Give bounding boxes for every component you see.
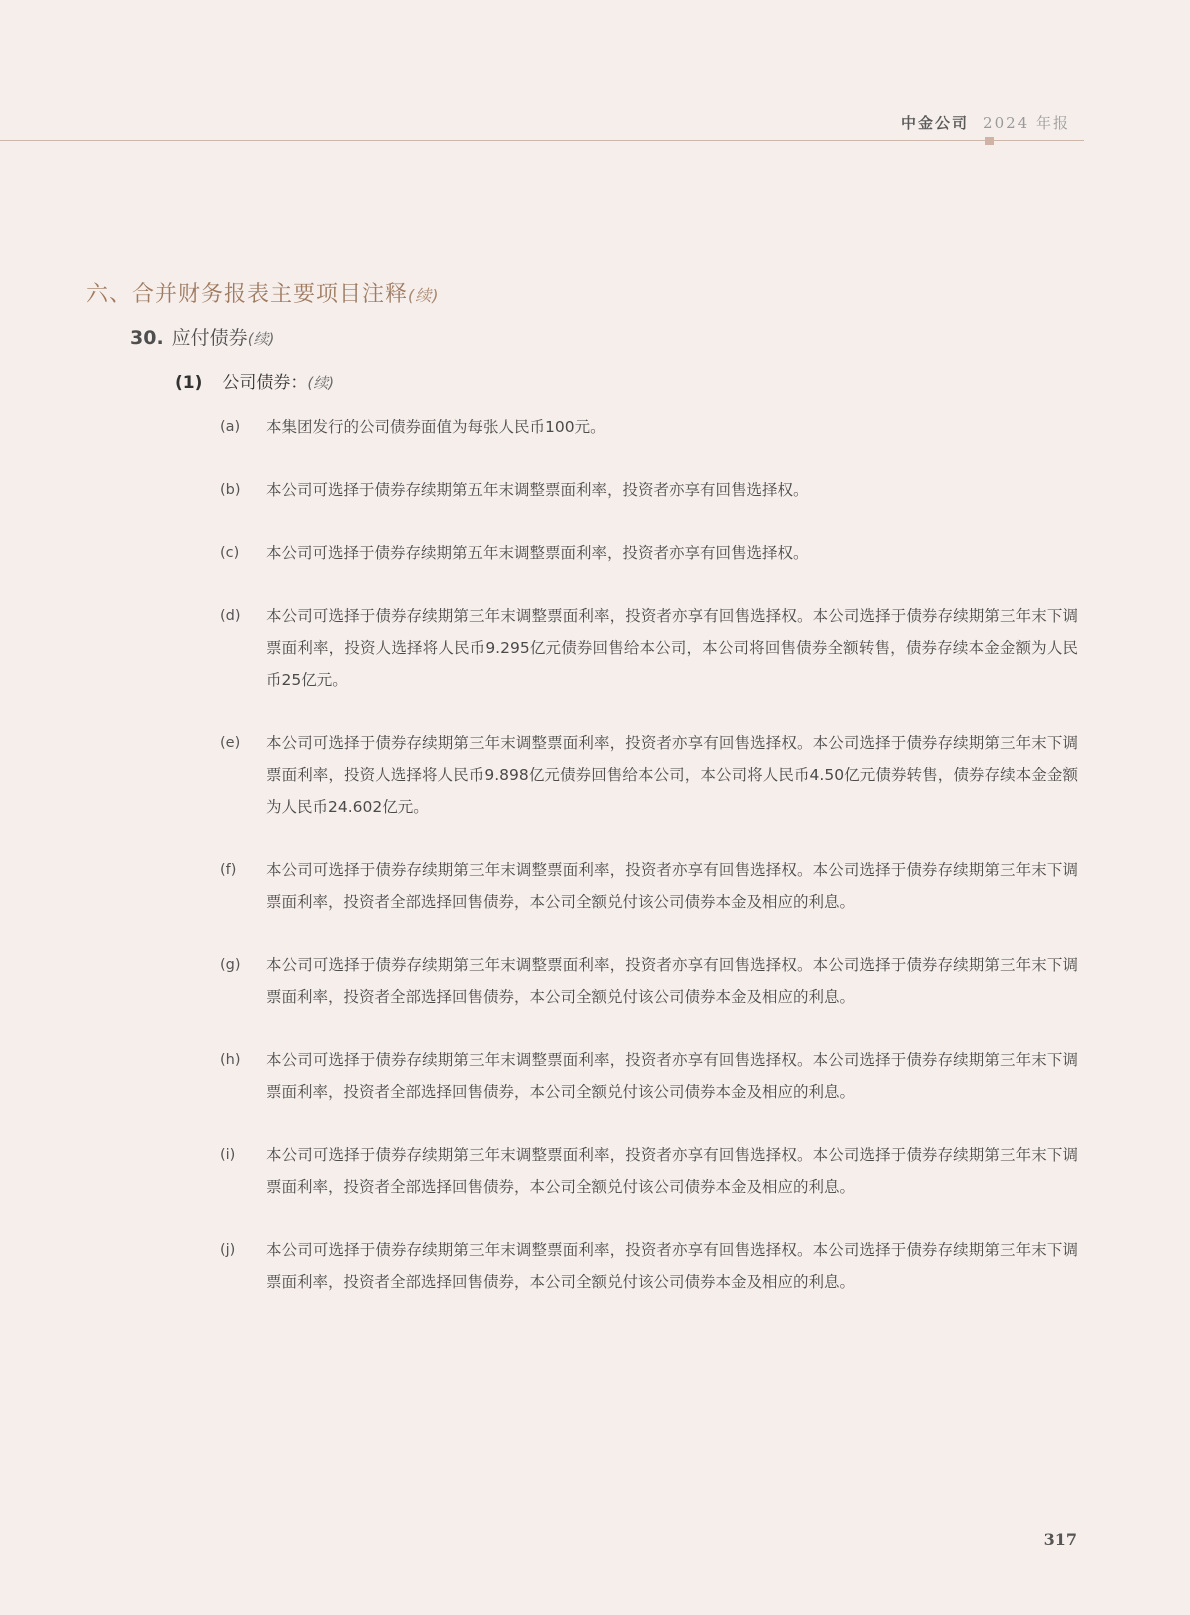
note-item: (j)本公司可选择于债券存续期第三年末调整票面利率，投资者亦享有回售选择权。本公… — [220, 1234, 1080, 1298]
note-item: (a)本集团发行的公司债券面值为每张人民币100元。 — [220, 411, 1080, 443]
note-item: (h)本公司可选择于债券存续期第三年末调整票面利率，投资者亦享有回售选择权。本公… — [220, 1044, 1080, 1108]
header-marker — [985, 137, 994, 145]
notes-list: (a)本集团发行的公司债券面值为每张人民币100元。 (b)本公司可选择于债券存… — [220, 411, 1080, 1329]
note-text: 本公司可选择于债券存续期第三年末调整票面利率，投资者亦享有回售选择权。本公司选择… — [266, 600, 1078, 696]
note-label: (j) — [220, 1234, 266, 1298]
note-label: (b) — [220, 474, 266, 506]
section-continued: (续) — [408, 286, 440, 305]
note-label: (h) — [220, 1044, 266, 1108]
note-item: (d)本公司可选择于债券存续期第三年末调整票面利率，投资者亦享有回售选择权。本公… — [220, 600, 1080, 696]
note-label: (f) — [220, 854, 266, 918]
note-text: 本公司可选择于债券存续期第三年末调整票面利率，投资者亦享有回售选择权。本公司选择… — [266, 1139, 1078, 1203]
page-number: 317 — [1044, 1530, 1077, 1549]
subsubsection-continued: (续) — [307, 374, 334, 392]
note-text: 本公司可选择于债券存续期第三年末调整票面利率，投资者亦享有回售选择权。本公司选择… — [266, 854, 1078, 918]
note-item: (c)本公司可选择于债券存续期第五年末调整票面利率，投资者亦享有回售选择权。 — [220, 537, 1080, 569]
note-text: 本集团发行的公司债券面值为每张人民币100元。 — [266, 411, 1078, 443]
subsection-title-text: 应付债券 — [172, 327, 248, 349]
note-item: (b)本公司可选择于债券存续期第五年末调整票面利率，投资者亦享有回售选择权。 — [220, 474, 1080, 506]
note-text: 本公司可选择于债券存续期第三年末调整票面利率，投资者亦享有回售选择权。本公司选择… — [266, 1234, 1078, 1298]
note-label: (c) — [220, 537, 266, 569]
header-company: 中金公司 — [901, 112, 969, 133]
header-divider — [0, 140, 1084, 141]
note-item: (e)本公司可选择于债券存续期第三年末调整票面利率，投资者亦享有回售选择权。本公… — [220, 727, 1080, 823]
note-item: (f)本公司可选择于债券存续期第三年末调整票面利率，投资者亦享有回售选择权。本公… — [220, 854, 1080, 918]
note-text: 本公司可选择于债券存续期第五年末调整票面利率，投资者亦享有回售选择权。 — [266, 474, 1078, 506]
note-item: (g)本公司可选择于债券存续期第三年末调整票面利率，投资者亦享有回售选择权。本公… — [220, 949, 1080, 1013]
header-report-year: 2024 年报 — [983, 112, 1070, 133]
section-title-text: 六、合并财务报表主要项目注释 — [86, 282, 408, 307]
note-label: (e) — [220, 727, 266, 823]
subsubsection-title-text: 公司债券： — [222, 373, 307, 393]
note-text: 本公司可选择于债券存续期第三年末调整票面利率，投资者亦享有回售选择权。本公司选择… — [266, 727, 1078, 823]
note-label: (a) — [220, 411, 266, 443]
note-text: 本公司可选择于债券存续期第五年末调整票面利率，投资者亦享有回售选择权。 — [266, 537, 1078, 569]
note-label: (d) — [220, 600, 266, 696]
note-item: (i)本公司可选择于债券存续期第三年末调整票面利率，投资者亦享有回售选择权。本公… — [220, 1139, 1080, 1203]
subsection-title: 30.应付债券(续) — [130, 323, 274, 350]
note-text: 本公司可选择于债券存续期第三年末调整票面利率，投资者亦享有回售选择权。本公司选择… — [266, 1044, 1078, 1108]
subsubsection-number: (1) — [175, 373, 202, 393]
section-title: 六、合并财务报表主要项目注释(续) — [86, 277, 440, 308]
note-text: 本公司可选择于债券存续期第三年末调整票面利率，投资者亦享有回售选择权。本公司选择… — [266, 949, 1078, 1013]
running-header: 中金公司 2024 年报 — [901, 112, 1070, 133]
subsection-continued: (续) — [248, 330, 275, 348]
subsubsection-title: (1)公司债券：(续) — [175, 368, 334, 393]
note-label: (i) — [220, 1139, 266, 1203]
subsection-number: 30. — [130, 327, 164, 349]
note-label: (g) — [220, 949, 266, 1013]
